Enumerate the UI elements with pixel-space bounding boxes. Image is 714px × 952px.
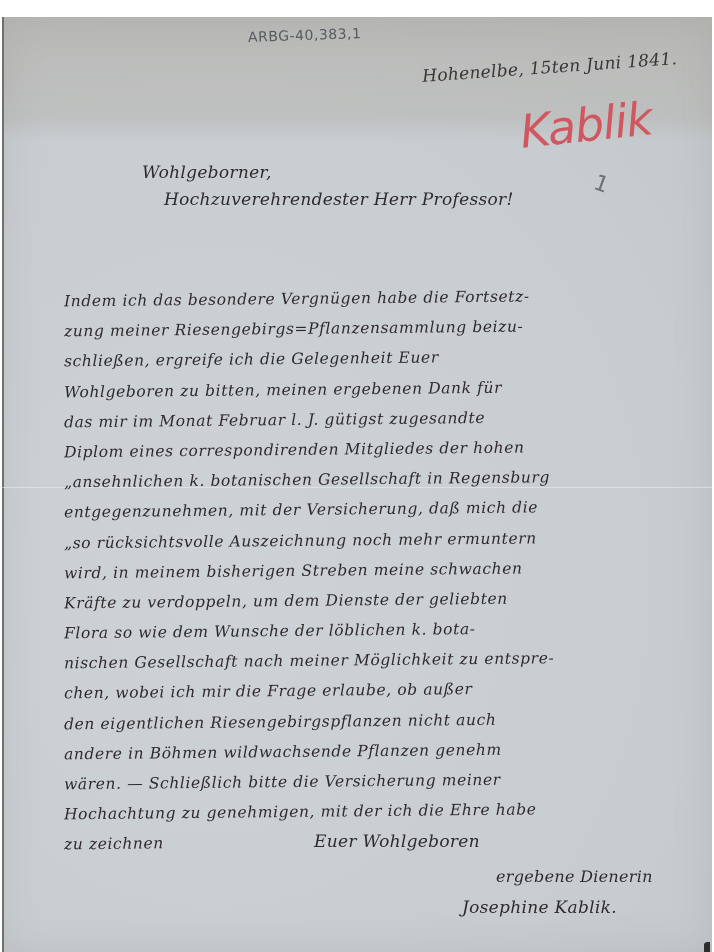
closing-servant-line: ergebene Dienerin (496, 867, 653, 886)
archive-id: ARBG-40,383,1 (248, 26, 362, 46)
salutation-line-2: Hochzuverehrendester Herr Professor! (164, 190, 514, 210)
letter-page: ARBG-40,383,1 Hohenelbe, 15ten Juni 1841… (2, 17, 712, 952)
red-pencil-annotation: Kablik (518, 91, 655, 159)
closing-formula: Euer Wohlgeboren (314, 832, 480, 852)
salutation-line-1: Wohlgeborner, (142, 163, 272, 183)
letter-body: Indem ich das besondere Vergnügen habe d… (64, 283, 704, 857)
scan-edge-artifact (704, 942, 710, 952)
pencil-annotation: 1 (590, 170, 612, 198)
place-date: Hohenelbe, 15ten Juni 1841. (422, 49, 678, 87)
signature: Josephine Kablik. (462, 898, 617, 918)
